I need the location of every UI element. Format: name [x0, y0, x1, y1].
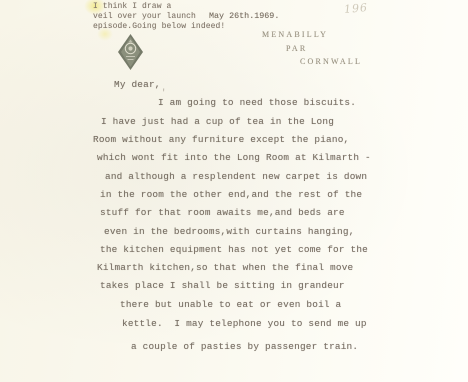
letter-body-line: kettle. I may telephone you to send me u… [122, 318, 367, 329]
crest-lozenge-icon [117, 33, 144, 71]
top-annotation-line: episode.Going below indeed! [93, 22, 225, 31]
letter-body-line: Room without any furniture except the pi… [93, 134, 349, 145]
salutation: My dear, [114, 79, 161, 90]
letter-body-line: I am going to need those biscuits. [158, 97, 356, 108]
letter-date: May 26th.1969. [209, 11, 279, 21]
letter-body-line: stuff for that room awaits me,and beds a… [100, 207, 345, 218]
letter-body-line: Kilmarth kitchen,so that when the final … [97, 262, 353, 273]
letterhead-town: PAR [286, 44, 307, 53]
letter-body-line: there but unable to eat or even boil a [120, 299, 341, 310]
letterhead-county: CORNWALL [300, 57, 362, 66]
top-annotation-line: I think I draw a [93, 2, 171, 11]
letter-body-line: a couple of pasties by passenger train. [131, 341, 358, 352]
pencil-page-number: 196 [343, 1, 368, 16]
letter-body-line: in the room the other end,and the rest o… [100, 189, 362, 200]
letter-body-line: even in the bedrooms,with curtains hangi… [104, 226, 355, 237]
top-annotation-line: veil over your launch [93, 12, 196, 21]
letterhead-house: MENABILLY [262, 30, 328, 39]
letter-body-line: which wont fit into the Long Room at Kil… [97, 152, 371, 163]
letter-body-line: I have just had a cup of tea in the Long [101, 116, 334, 127]
letter-body-line: and although a resplendent new carpet is… [105, 171, 367, 182]
letter-page: I think I draw a veil over your launch e… [0, 0, 468, 382]
letter-body-line: takes place I shall be sitting in grande… [100, 280, 345, 291]
letter-body-line: the kitchen equipment has not yet come f… [100, 244, 368, 255]
